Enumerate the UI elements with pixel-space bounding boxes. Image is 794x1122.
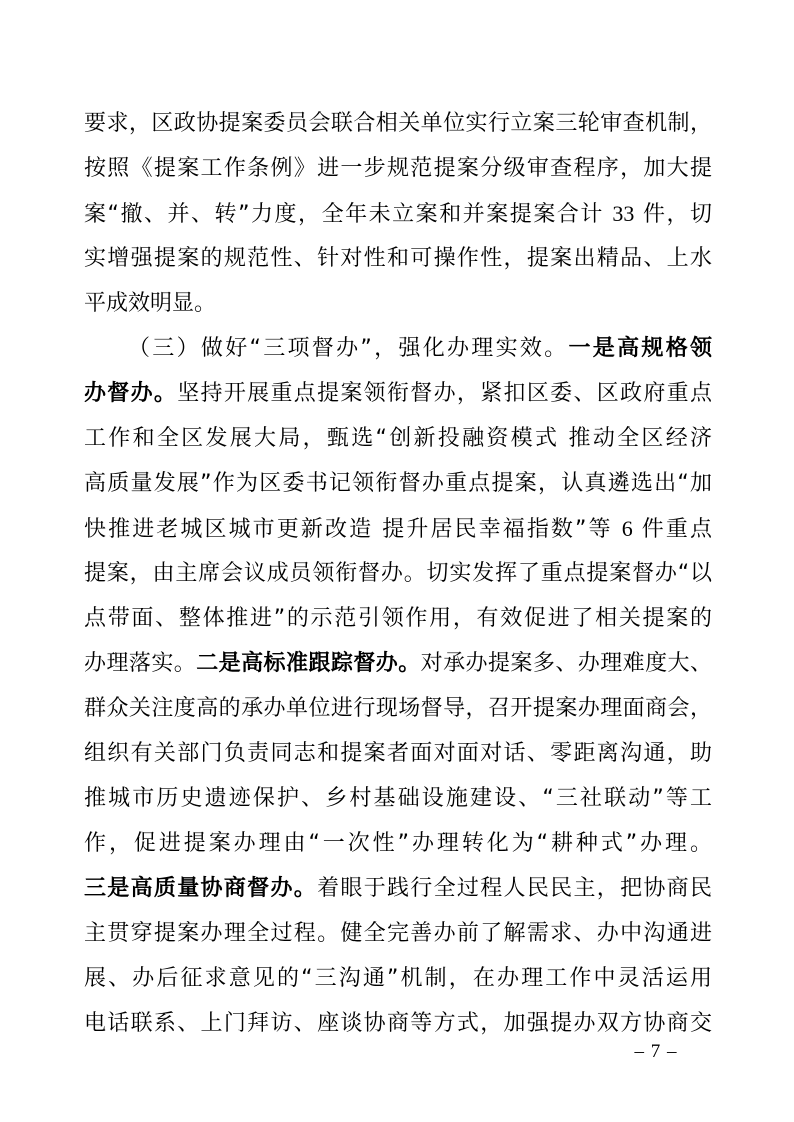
text-line: 群众关注度高的承办单位进行现场督导，召开提案办理面商会， (84, 686, 712, 731)
body-text-segment: 点带面、整体推进”的示范引领作用，有效促进了相关提案的 (84, 606, 712, 631)
text-line: 组织有关部门负责同志和提案者面对面对话、零距离沟通，助 (84, 731, 712, 776)
text-line: 高质量发展”作为区委书记领衔督办重点提案，认真遴选出“加 (84, 461, 712, 506)
text-line: （三）做好“三项督办”，强化办理实效。一是高规格领 (84, 326, 712, 371)
bold-text-segment: 二是高标准跟踪督办。 (196, 651, 420, 676)
body-text-segment: 要求，区政协提案委员会联合相关单位实行立案三轮审查机制， (84, 111, 712, 136)
body-text-segment: 群众关注度高的承办单位进行现场督导，召开提案办理面商会， (84, 696, 712, 721)
text-line: 点带面、整体推进”的示范引领作用，有效促进了相关提案的 (84, 596, 712, 641)
body-text-segment: 电话联系、上门拜访、座谈协商等方式，加强提办双方协商交 (84, 1011, 712, 1036)
body-text-segment: 快推进老城区城市更新改造 提升居民幸福指数”等 (84, 517, 622, 542)
text-line: 三是高质量协商督办。着眼于践行全过程人民民主，把协商民 (84, 866, 712, 911)
body-text-segment: 件重点 (633, 517, 712, 542)
text-line: 办理落实。二是高标准跟踪督办。对承办提案多、办理难度大、 (84, 641, 712, 686)
text-line: 电话联系、上门拜访、座谈协商等方式，加强提办双方协商交 (84, 1001, 712, 1046)
text-line: 提案，由主席会议成员领衔督办。切实发挥了重点提案督办“以 (84, 551, 712, 596)
document-page: { "page": { "background_color": "#ffffff… (0, 0, 794, 1122)
text-line: 快推进老城区城市更新改造 提升居民幸福指数”等 6 件重点 (84, 506, 712, 551)
body-text-segment: 高质量发展”作为区委书记领衔督办重点提案，认真遴选出“加 (84, 471, 712, 496)
paragraph: （三）做好“三项督办”，强化办理实效。一是高规格领办督办。坚持开展重点提案领衔督… (84, 326, 712, 1046)
body-text-segment: 实增强提案的规范性、针对性和可操作性，提案出精品、上水 (84, 246, 712, 271)
text-line: 工作和全区发展大局，甄选“创新投融资模式 推动全区经济 (84, 416, 712, 461)
bold-text-segment: 一是高规格领 (569, 336, 713, 361)
body-text-segment: 组织有关部门负责同志和提案者面对面对话、零距离沟通，助 (84, 741, 712, 766)
text-line: 办督办。坚持开展重点提案领衔督办，紧扣区委、区政府重点 (84, 371, 712, 416)
body-text-segment: 推城市历史遗迹保护、乡村基础设施建设、“三社联动”等工 (84, 786, 712, 811)
text-line: 展、办后征求意见的“三沟通”机制，在办理工作中灵活运用 (84, 956, 712, 1001)
bold-text-segment: 办督办。 (84, 381, 177, 406)
body-text-segment: 办理落实。 (84, 651, 196, 676)
body-text-segment: （三）做好“三项督办”，强化办理实效。 (128, 336, 569, 361)
paragraph: 要求，区政协提案委员会联合相关单位实行立案三轮审查机制，按照《提案工作条例》进一… (84, 101, 712, 326)
body-text-segment: 平成效明显。 (84, 291, 216, 316)
page-background: 要求，区政协提案委员会联合相关单位实行立案三轮审查机制，按照《提案工作条例》进一… (0, 0, 794, 1122)
text-line: 主贯穿提案办理全过程。健全完善办前了解需求、办中沟通进 (84, 911, 712, 956)
text-line: 平成效明显。 (84, 281, 712, 326)
body-text-segment: 工作和全区发展大局，甄选“创新投融资模式 推动全区经济 (84, 426, 712, 451)
body-text-segment: 作，促进提案办理由“一次性”办理转化为“耕种式”办理。 (84, 831, 712, 856)
text-line: 实增强提案的规范性、针对性和可操作性，提案出精品、上水 (84, 236, 712, 281)
serif-text-segment: 6 (622, 516, 633, 541)
body-text-segment: 提案，由主席会议成员领衔督办。切实发挥了重点提案督办“以 (84, 561, 712, 586)
body-text-segment: 件，切 (634, 202, 712, 227)
text-line: 作，促进提案办理由“一次性”办理转化为“耕种式”办理。 (84, 821, 712, 866)
body-text-segment: 对承办提案多、办理难度大、 (421, 651, 712, 676)
body-text-segment: 按照《提案工作条例》进一步规范提案分级审查程序，加大提 (84, 156, 712, 181)
bold-text-segment: 三是高质量协商督办。 (84, 876, 317, 901)
text-line: 要求，区政协提案委员会联合相关单位实行立案三轮审查机制， (84, 101, 712, 146)
text-line: 案“撤、并、转”力度，全年未立案和并案提案合计 33 件，切 (84, 191, 712, 236)
body-text-segment: 坚持开展重点提案领衔督办，紧扣区委、区政府重点 (177, 381, 712, 406)
body-text-segment: 案“撤、并、转”力度，全年未立案和并案提案合计 (84, 202, 612, 227)
body-text-segment: 着眼于践行全过程人民民主，把协商民 (317, 876, 712, 901)
text-content: 要求，区政协提案委员会联合相关单位实行立案三轮审查机制，按照《提案工作条例》进一… (84, 101, 712, 1046)
text-line: 按照《提案工作条例》进一步规范提案分级审查程序，加大提 (84, 146, 712, 191)
serif-text-segment: 33 (612, 201, 634, 226)
page-number: – 7 – (610, 1041, 702, 1063)
body-text-segment: 主贯穿提案办理全过程。健全完善办前了解需求、办中沟通进 (84, 921, 712, 946)
body-text-segment: 展、办后征求意见的“三沟通”机制，在办理工作中灵活运用 (84, 966, 712, 991)
text-line: 推城市历史遗迹保护、乡村基础设施建设、“三社联动”等工 (84, 776, 712, 821)
